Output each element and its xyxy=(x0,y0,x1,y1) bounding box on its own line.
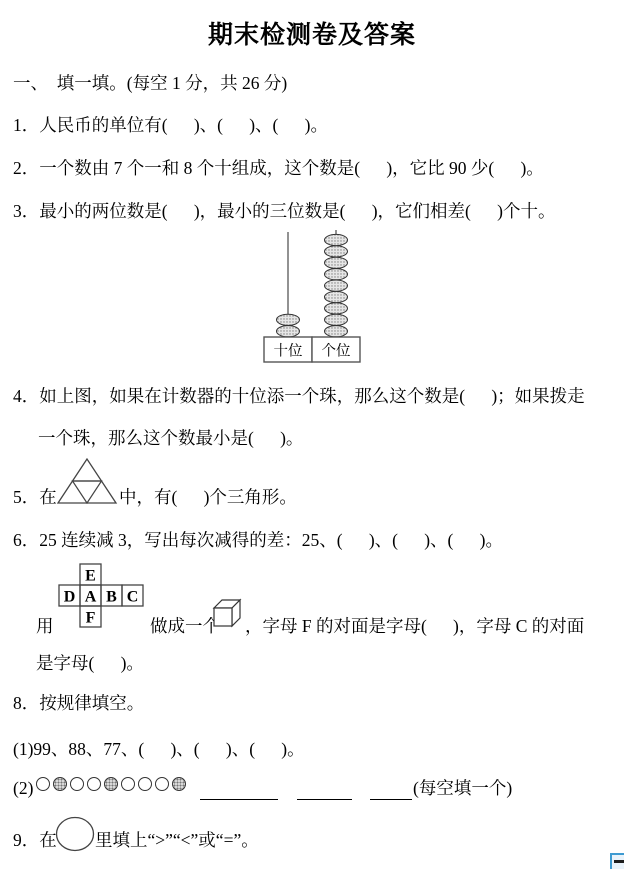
abacus-bead xyxy=(325,280,348,291)
cube-net-svg: E D A B C F xyxy=(58,563,145,629)
abacus-bead xyxy=(325,234,348,245)
tens-label: 十位 xyxy=(274,343,303,360)
abacus-bead xyxy=(325,303,348,314)
section-heading: 一、 填一填。(每空 1 分，共 26 分) xyxy=(13,72,287,94)
net-cell-bottom: F xyxy=(86,610,96,627)
abacus-bead xyxy=(325,314,348,325)
pattern-circle-shaded xyxy=(172,777,186,791)
question-9-prefix: 9．在 xyxy=(13,829,57,851)
pattern-circle-open xyxy=(87,777,101,791)
answer-blank-3[interactable] xyxy=(370,776,412,800)
question-5-suffix: 中，有( )个三角形。 xyxy=(119,486,297,508)
pattern-circle-shaded xyxy=(104,777,118,791)
cube-net-figure: E D A B C F xyxy=(58,563,145,629)
question-8-sub2-label: (2) xyxy=(13,777,33,799)
net-cell-d: D xyxy=(64,589,76,606)
abacus-figure: 十位 个位 xyxy=(262,228,362,363)
page-title: 期末检测卷及答案 xyxy=(0,15,624,51)
abacus-bead xyxy=(325,326,348,337)
pattern-circle-open xyxy=(155,777,169,791)
net-cell-c: C xyxy=(127,589,139,606)
abacus-bead xyxy=(277,314,300,325)
net-cell-b: B xyxy=(106,589,117,606)
pattern-circles xyxy=(36,777,186,791)
triangle-figure xyxy=(56,457,118,505)
comparison-circle-svg xyxy=(55,816,95,852)
question-9-suffix: 里填上“>”“<”或“=”。 xyxy=(95,829,259,851)
exam-page: 期末检测卷及答案 一、 填一填。(每空 1 分，共 26 分) 1．人民币的单位… xyxy=(0,0,624,869)
question-6: 6．25 连续减 3，写出每次减得的差：25、( )、( )、( )。 xyxy=(13,529,503,551)
abacus-beads xyxy=(277,234,348,336)
pattern-circle-open xyxy=(138,777,152,791)
comparison-circle-figure xyxy=(55,816,95,852)
abacus-bead xyxy=(277,326,300,337)
triangle-svg xyxy=(56,457,118,505)
abacus-bead xyxy=(325,246,348,257)
question-2: 2．一个数由 7 个一和 8 个十组成，这个数是( )，它比 90 少( )。 xyxy=(13,157,544,179)
net-cell-top: E xyxy=(85,568,96,585)
answer-blank-2[interactable] xyxy=(297,776,352,800)
ones-label: 个位 xyxy=(322,343,351,360)
question-7-after-cube: ，字母 F 的对面是字母( )，字母 C 的对面 xyxy=(245,615,584,637)
cube-figure xyxy=(211,597,243,629)
abacus-bead xyxy=(325,291,348,302)
question-7-line2: 是字母( )。 xyxy=(36,652,144,674)
corner-widget-icon[interactable] xyxy=(610,853,624,869)
pattern-circle-open xyxy=(70,777,84,791)
question-7-make: 做成一个 xyxy=(150,615,220,637)
question-4-line2: 一个珠，那么这个数最小是( )。 xyxy=(38,427,303,449)
question-5-prefix: 5．在 xyxy=(13,486,57,508)
inner-triangle xyxy=(73,481,102,503)
question-8-sub1: (1)99、88、77、( )、( )、( )。 xyxy=(13,738,305,760)
cube-svg xyxy=(211,597,243,629)
net-cell-a: A xyxy=(85,589,97,606)
pattern-circle-shaded xyxy=(53,777,67,791)
question-7-yong: 用 xyxy=(36,615,54,637)
abacus-bead xyxy=(325,269,348,280)
abacus-bead xyxy=(325,257,348,268)
abacus-svg: 十位 个位 xyxy=(262,228,362,363)
question-1: 1．人民币的单位有( )、( )、( )。 xyxy=(13,114,328,136)
question-8-sub2-note: (每空填一个) xyxy=(413,777,512,799)
question-4-line1: 4．如上图，如果在计数器的十位添一个珠，那么这个数是( )；如果拨走 xyxy=(13,385,585,407)
pattern-circle-open xyxy=(121,777,135,791)
pattern-circle-open xyxy=(36,777,50,791)
answer-blank-1[interactable] xyxy=(200,776,278,800)
question-8: 8．按规律填空。 xyxy=(13,692,144,714)
question-3: 3．最小的两位数是( )，最小的三位数是( )，它们相差( )个十。 xyxy=(13,200,555,222)
